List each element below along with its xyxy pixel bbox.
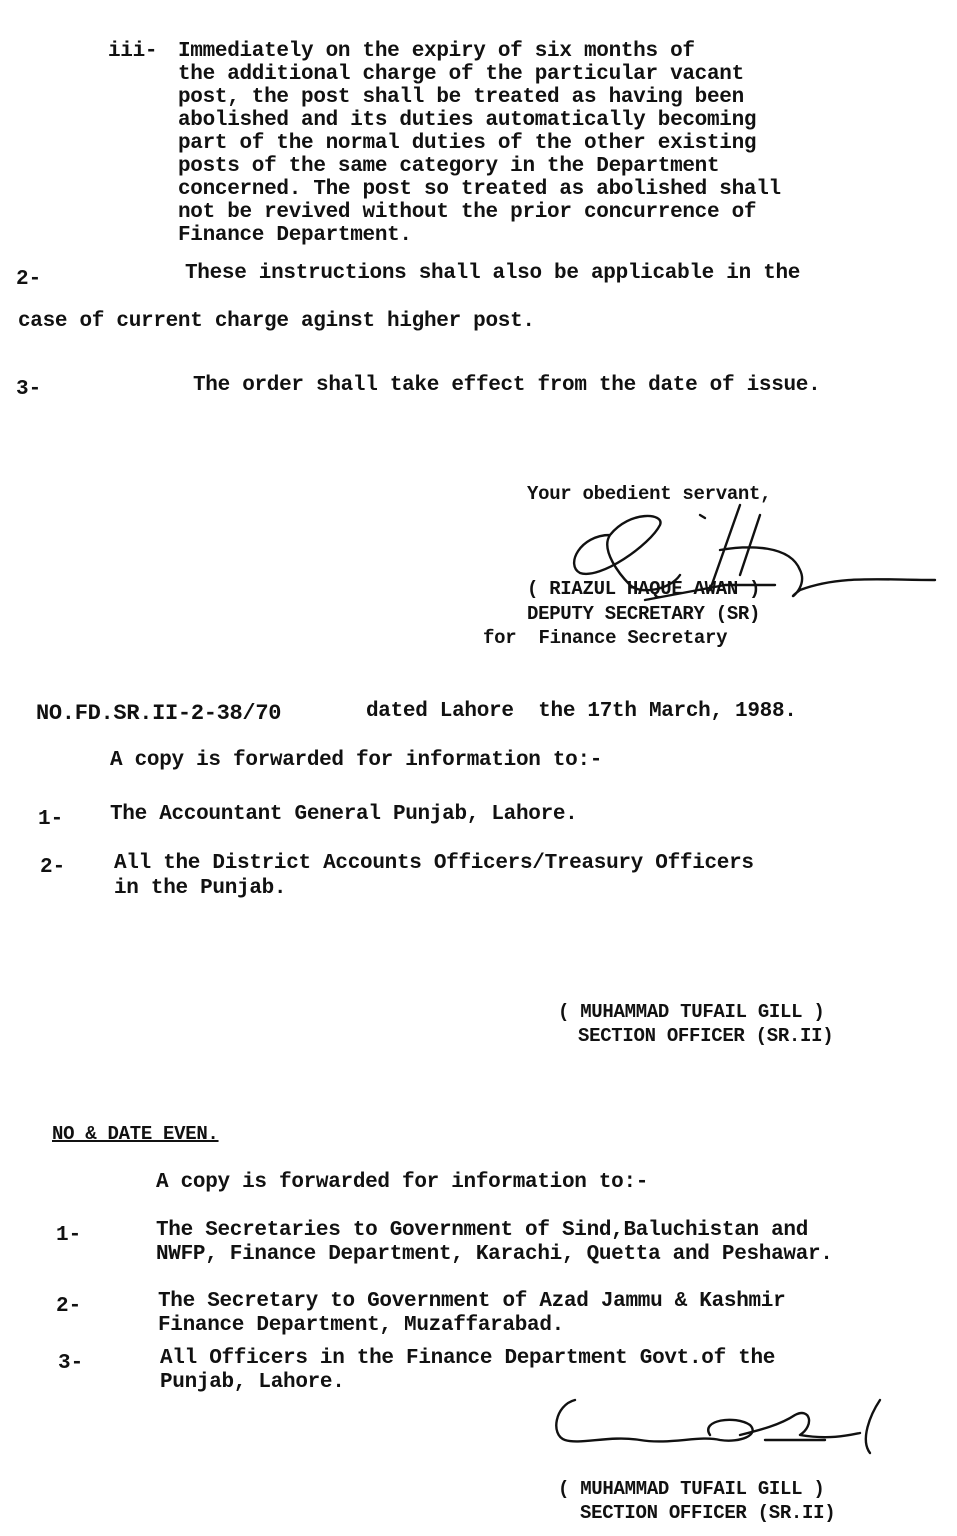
signatory-3-designation: SECTION OFFICER (SR.II) <box>580 1502 835 1525</box>
para-3-text: The order shall take effect from the dat… <box>193 374 820 397</box>
issue-date: dated Lahore the 17th March, 1988. <box>366 700 797 723</box>
signatory-2-designation: SECTION OFFICER (SR.II) <box>578 1025 833 1048</box>
clause-iii-line: the additional charge of the particular … <box>178 63 744 86</box>
clause-iii-line: abolished and its duties automatically b… <box>178 109 756 132</box>
signature-muhammad-tufail-gill <box>550 1395 910 1475</box>
para-2-number: 2- <box>16 268 41 291</box>
para-2-line-1: These instructions shall also be applica… <box>185 262 800 285</box>
signatory-1-for-line: for Finance Secretary <box>483 627 727 650</box>
endorsement-2-item-2-line-1: The Secretary to Government of Azad Jamm… <box>158 1290 785 1313</box>
clause-iii-line: Immediately on the expiry of six months … <box>178 40 695 63</box>
signatory-1-name: ( RIAZUL HAQUE AWAN ) <box>527 578 760 601</box>
endorsement-1-item-2-line-1: All the District Accounts Officers/Treas… <box>114 852 754 875</box>
clause-iii-line: concerned. The post so treated as abolis… <box>178 178 781 201</box>
clause-iii-label: iii- <box>108 40 157 63</box>
signatory-2-name: ( MUHAMMAD TUFAIL GILL ) <box>558 1001 824 1024</box>
endorsement-1-item-1-number: 1- <box>38 808 63 831</box>
para-2-line-2: case of current charge aginst higher pos… <box>18 310 535 333</box>
endorsement-2-item-3-line-1: All Officers in the Finance Department G… <box>160 1347 775 1370</box>
endorsement-2-item-3-line-2: Punjab, Lahore. <box>160 1371 345 1394</box>
clause-iii-line: not be revived without the prior concurr… <box>178 201 756 224</box>
reference-number: NO.FD.SR.II-2-38/70 <box>36 702 281 725</box>
endorsement-2-item-2-number: 2- <box>56 1295 81 1318</box>
clause-iii-line: Finance Department. <box>178 224 412 247</box>
endorsement-1-item-2-line-2: in the Punjab. <box>114 877 286 900</box>
clause-iii-line: post, the post shall be treated as havin… <box>178 86 744 109</box>
endorsement-1-item-2-number: 2- <box>40 856 65 879</box>
clause-iii-line: posts of the same category in the Depart… <box>178 155 719 178</box>
clause-iii-line: part of the normal duties of the other e… <box>178 132 756 155</box>
closing-salutation: Your obedient servant, <box>527 483 771 506</box>
no-and-date-even-heading: NO & DATE EVEN. <box>52 1123 219 1146</box>
endorsement-2-intro: A copy is forwarded for information to:- <box>156 1171 648 1194</box>
endorsement-1-item-1: The Accountant General Punjab, Lahore. <box>110 803 577 826</box>
endorsement-2-item-3-number: 3- <box>58 1352 83 1375</box>
endorsement-2-item-2-line-2: Finance Department, Muzaffarabad. <box>158 1314 564 1337</box>
para-3-number: 3- <box>16 378 41 401</box>
signatory-1-designation: DEPUTY SECRETARY (SR) <box>527 603 760 626</box>
endorsement-2-item-1-line-2: NWFP, Finance Department, Karachi, Quett… <box>156 1243 833 1266</box>
endorsement-2-item-1-line-1: The Secretaries to Government of Sind,Ba… <box>156 1219 808 1242</box>
endorsement-1-intro: A copy is forwarded for information to:- <box>110 749 602 772</box>
endorsement-2-item-1-number: 1- <box>56 1224 81 1247</box>
signatory-3-name: ( MUHAMMAD TUFAIL GILL ) <box>558 1478 824 1501</box>
